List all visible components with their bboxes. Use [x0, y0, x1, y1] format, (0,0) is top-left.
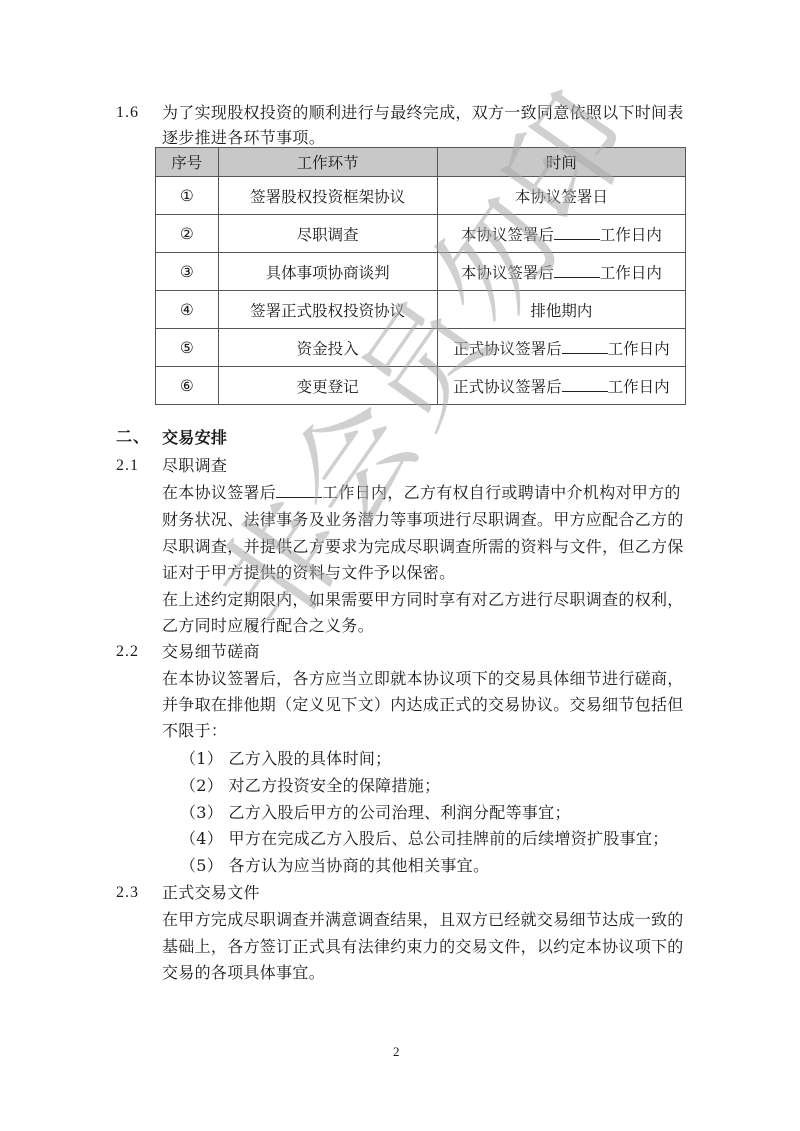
time-prefix: 本协议签署后 [461, 226, 554, 244]
page-number: 2 [393, 1044, 400, 1060]
table-row: ③ 具体事项协商谈判 本协议签署后工作日内 [156, 253, 686, 291]
paragraph-line: 基础上，各方签订正式具有法律约束力的交易文件，以约定本协议项下的 [162, 937, 684, 957]
paragraph-line: 在本协议签署后，各方应当立即就本协议项下的交易具体细节进行磋商， [162, 669, 684, 689]
fill-in-blank [554, 225, 600, 240]
paragraph-line: 并争取在排他期（定义见下文）内达成正式的交易协议。交易细节包括但 [162, 695, 684, 715]
cell-step: 变更登记 [218, 367, 437, 405]
section-number: 1.6 [116, 103, 139, 123]
cell-seq: ② [156, 215, 219, 253]
header-time: 时间 [437, 148, 685, 177]
text-prefix: 在本协议签署后 [162, 483, 276, 502]
cell-seq: ⑥ [156, 367, 219, 405]
cell-time: 本协议签署后工作日内 [437, 215, 685, 253]
time-prefix: 正式协议签署后 [453, 378, 562, 396]
time-prefix: 本协议签署后 [461, 264, 554, 282]
section-title: 交易细节磋商 [162, 642, 260, 662]
chapter-number: 二、 [116, 428, 150, 448]
paragraph-line: 在上述约定期限内，如果需要甲方同时享有对乙方进行尽职调查的权利， [162, 590, 684, 610]
header-step: 工作环节 [218, 148, 437, 177]
cell-step: 签署正式股权投资协议 [218, 291, 437, 329]
paragraph-line: 为了实现股权投资的顺利进行与最终完成，双方一致同意依照以下时间表 [162, 103, 684, 123]
paragraph-line: 在甲方完成尽职调查并满意调查结果，且双方已经就交易细节达成一致的 [162, 910, 684, 930]
list-item: （1） 乙方入股的具体时间； [180, 749, 391, 769]
time-prefix: 正式协议签署后 [453, 340, 562, 358]
time-text: 本协议签署日 [515, 188, 608, 206]
fill-in-blank [554, 263, 600, 278]
time-suffix: 工作日内 [600, 264, 662, 282]
table-row: ② 尽职调查 本协议签署后工作日内 [156, 215, 686, 253]
cell-seq: ① [156, 177, 219, 215]
cell-step: 具体事项协商谈判 [218, 253, 437, 291]
cell-seq: ⑤ [156, 329, 219, 367]
cell-time: 正式协议签署后工作日内 [437, 329, 685, 367]
header-seq: 序号 [156, 148, 219, 177]
fill-in-blank [276, 483, 322, 498]
cell-time: 排他期内 [437, 291, 685, 329]
paragraph-line: 证对于甲方提供的资料与文件予以保密。 [162, 563, 455, 583]
cell-time: 本协议签署日 [437, 177, 685, 215]
paragraph-line: 尽职调查，并提供乙方要求为完成尽职调查所需的资料与文件，但乙方保 [162, 537, 684, 557]
table-row: ① 签署股权投资框架协议 本协议签署日 [156, 177, 686, 215]
section-number: 2.1 [116, 456, 139, 476]
text-suffix: 工作日内，乙方有权自行或聘请中介机构对甲方的 [322, 483, 681, 502]
cell-step: 尽职调查 [218, 215, 437, 253]
cell-time: 正式协议签署后工作日内 [437, 367, 685, 405]
table-row: ⑤ 资金投入 正式协议签署后工作日内 [156, 329, 686, 367]
paragraph-line: 交易的各项具体事宜。 [162, 963, 325, 983]
time-suffix: 工作日内 [608, 378, 670, 396]
table-row: ⑥ 变更登记 正式协议签署后工作日内 [156, 367, 686, 405]
fill-in-blank [562, 377, 608, 392]
list-item: （2） 对乙方投资安全的保障措施； [180, 776, 440, 796]
paragraph-line: 财务状况、法律事务及业务潜力等事项进行尽职调查。甲方应配合乙方的 [162, 510, 684, 530]
time-text: 排他期内 [530, 302, 592, 320]
fill-in-blank [562, 339, 608, 354]
cell-step: 资金投入 [218, 329, 437, 367]
list-item: （3） 乙方入股后甲方的公司治理、利润分配等事宜； [180, 803, 571, 823]
chapter-title: 交易安排 [162, 428, 227, 448]
paragraph-line: 不限于： [162, 721, 227, 741]
cell-seq: ③ [156, 253, 219, 291]
time-suffix: 工作日内 [608, 340, 670, 358]
list-item: （5） 各方认为应当协商的其他相关事宜。 [180, 856, 489, 876]
document-page: 1.6 为了实现股权投资的顺利进行与最终完成，双方一致同意依照以下时间表 逐步推… [0, 0, 800, 1131]
section-title: 正式交易文件 [162, 883, 260, 903]
section-number: 2.3 [116, 883, 139, 903]
time-suffix: 工作日内 [600, 226, 662, 244]
paragraph-line: 逐步推进各环节事项。 [162, 128, 325, 148]
paragraph-line: 在本协议签署后工作日内，乙方有权自行或聘请中介机构对甲方的 [162, 483, 681, 503]
section-number: 2.2 [116, 642, 139, 662]
cell-time: 本协议签署后工作日内 [437, 253, 685, 291]
paragraph-line: 乙方同时应履行配合之义务。 [162, 616, 374, 636]
section-title: 尽职调查 [162, 456, 227, 476]
cell-step: 签署股权投资框架协议 [218, 177, 437, 215]
table-row: ④ 签署正式股权投资协议 排他期内 [156, 291, 686, 329]
list-item: （4） 甲方在完成乙方入股后、总公司挂牌前的后续增资扩股事宜； [180, 829, 669, 849]
schedule-table: 序号 工作环节 时间 ① 签署股权投资框架协议 本协议签署日 ② 尽职调查 本协… [155, 147, 686, 405]
table-header-row: 序号 工作环节 时间 [156, 148, 686, 177]
cell-seq: ④ [156, 291, 219, 329]
